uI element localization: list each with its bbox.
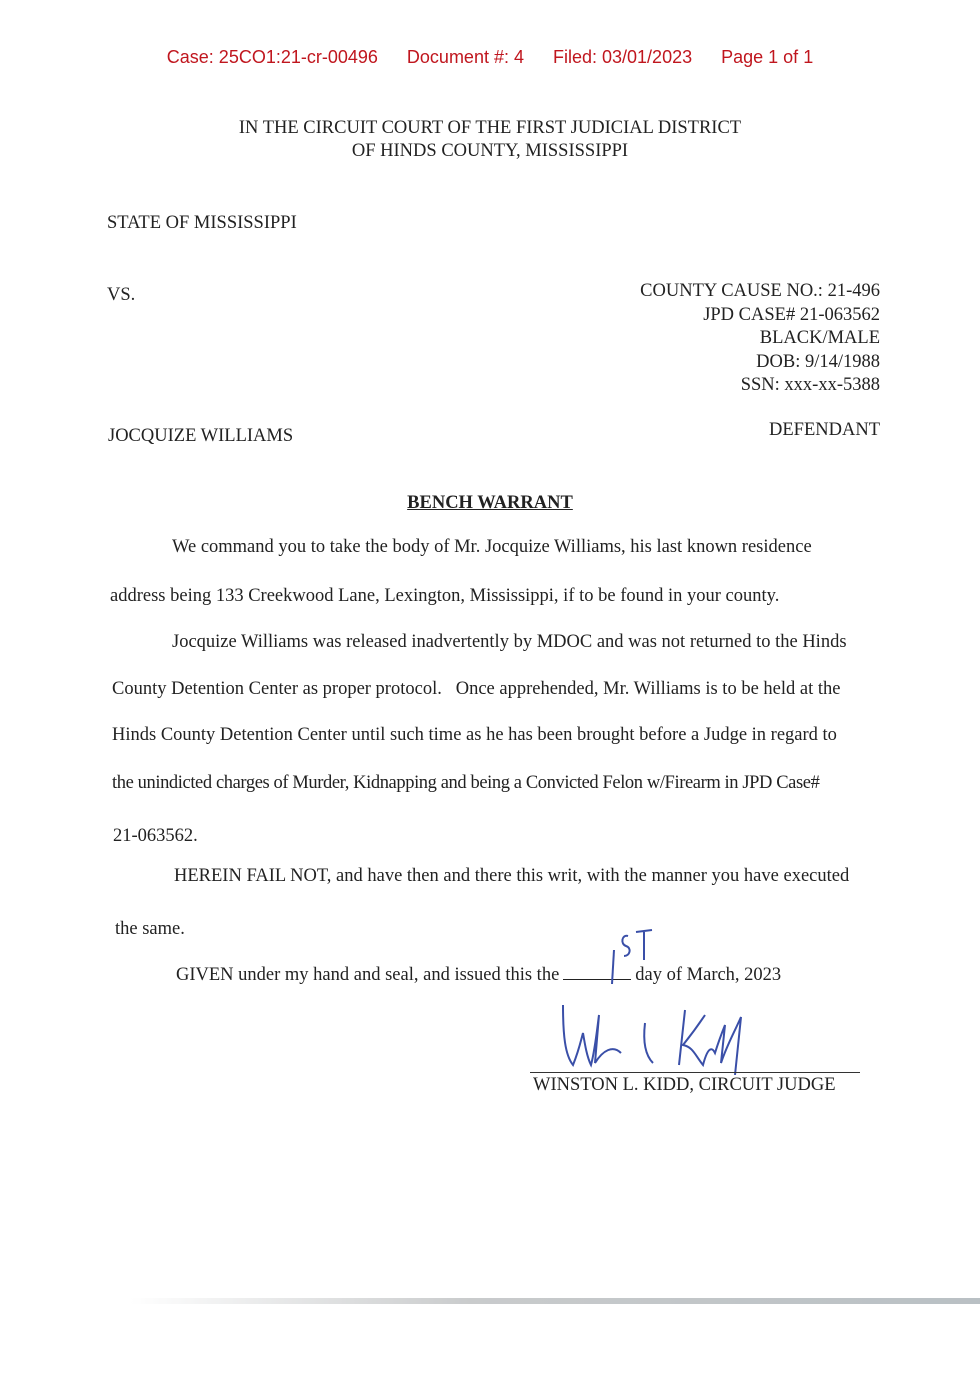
case-details: COUNTY CAUSE NO.: 21-496 JPD CASE# 21-06… xyxy=(640,280,880,398)
scan-edge-shadow xyxy=(130,1298,980,1304)
court-heading-line-1: IN THE CIRCUIT COURT OF THE FIRST JUDICI… xyxy=(0,117,980,140)
body-line: the same. xyxy=(115,919,890,940)
given-line: GIVEN under my hand and seal, and issued… xyxy=(176,963,951,986)
document-number: Document #: 4 xyxy=(407,47,524,67)
versus-label: VS. xyxy=(107,285,135,306)
date-of-birth: DOB: 9/14/1988 xyxy=(640,351,880,375)
court-heading: IN THE CIRCUIT COURT OF THE FIRST JUDICI… xyxy=(0,117,980,163)
body-line: the unindicted charges of Murder, Kidnap… xyxy=(112,773,887,794)
race-sex: BLACK/MALE xyxy=(640,327,880,351)
signature-line xyxy=(530,1072,860,1073)
case-number: Case: 25CO1:21-cr-00496 xyxy=(167,47,378,67)
filing-stamp-header: Case: 25CO1:21-cr-00496 Document #: 4 Fi… xyxy=(0,47,980,68)
court-heading-line-2: OF HINDS COUNTY, MISSISSIPPI xyxy=(0,140,980,163)
defendant-name: JOCQUIZE WILLIAMS xyxy=(108,426,293,447)
filed-date: Filed: 03/01/2023 xyxy=(553,47,692,67)
given-prefix: GIVEN under my hand and seal, and issued… xyxy=(176,965,559,985)
handwritten-day-1st xyxy=(600,922,670,992)
page-count: Page 1 of 1 xyxy=(721,47,813,67)
county-cause-number: COUNTY CAUSE NO.: 21-496 xyxy=(640,280,880,304)
ssn: SSN: xxx-xx-5388 xyxy=(640,374,880,398)
judge-name-title: WINSTON L. KIDD, CIRCUIT JUDGE xyxy=(533,1075,836,1096)
jpd-case-number: JPD CASE# 21-063562 xyxy=(640,304,880,328)
body-line: We command you to take the body of Mr. J… xyxy=(172,537,947,558)
body-line: HEREIN FAIL NOT, and have then and there… xyxy=(174,866,949,887)
body-line: Jocquize Williams was released inadverte… xyxy=(172,632,947,653)
body-line: Hinds County Detention Center until such… xyxy=(112,725,887,746)
defendant-label: DEFENDANT xyxy=(769,420,880,441)
document-title: BENCH WARRANT xyxy=(0,493,980,514)
body-line: County Detention Center as proper protoc… xyxy=(112,679,887,700)
plaintiff: STATE OF MISSISSIPPI xyxy=(107,213,297,234)
body-line: 21-063562. xyxy=(113,826,888,847)
body-line: address being 133 Creekwood Lane, Lexing… xyxy=(110,586,885,607)
judge-signature xyxy=(555,995,765,1075)
